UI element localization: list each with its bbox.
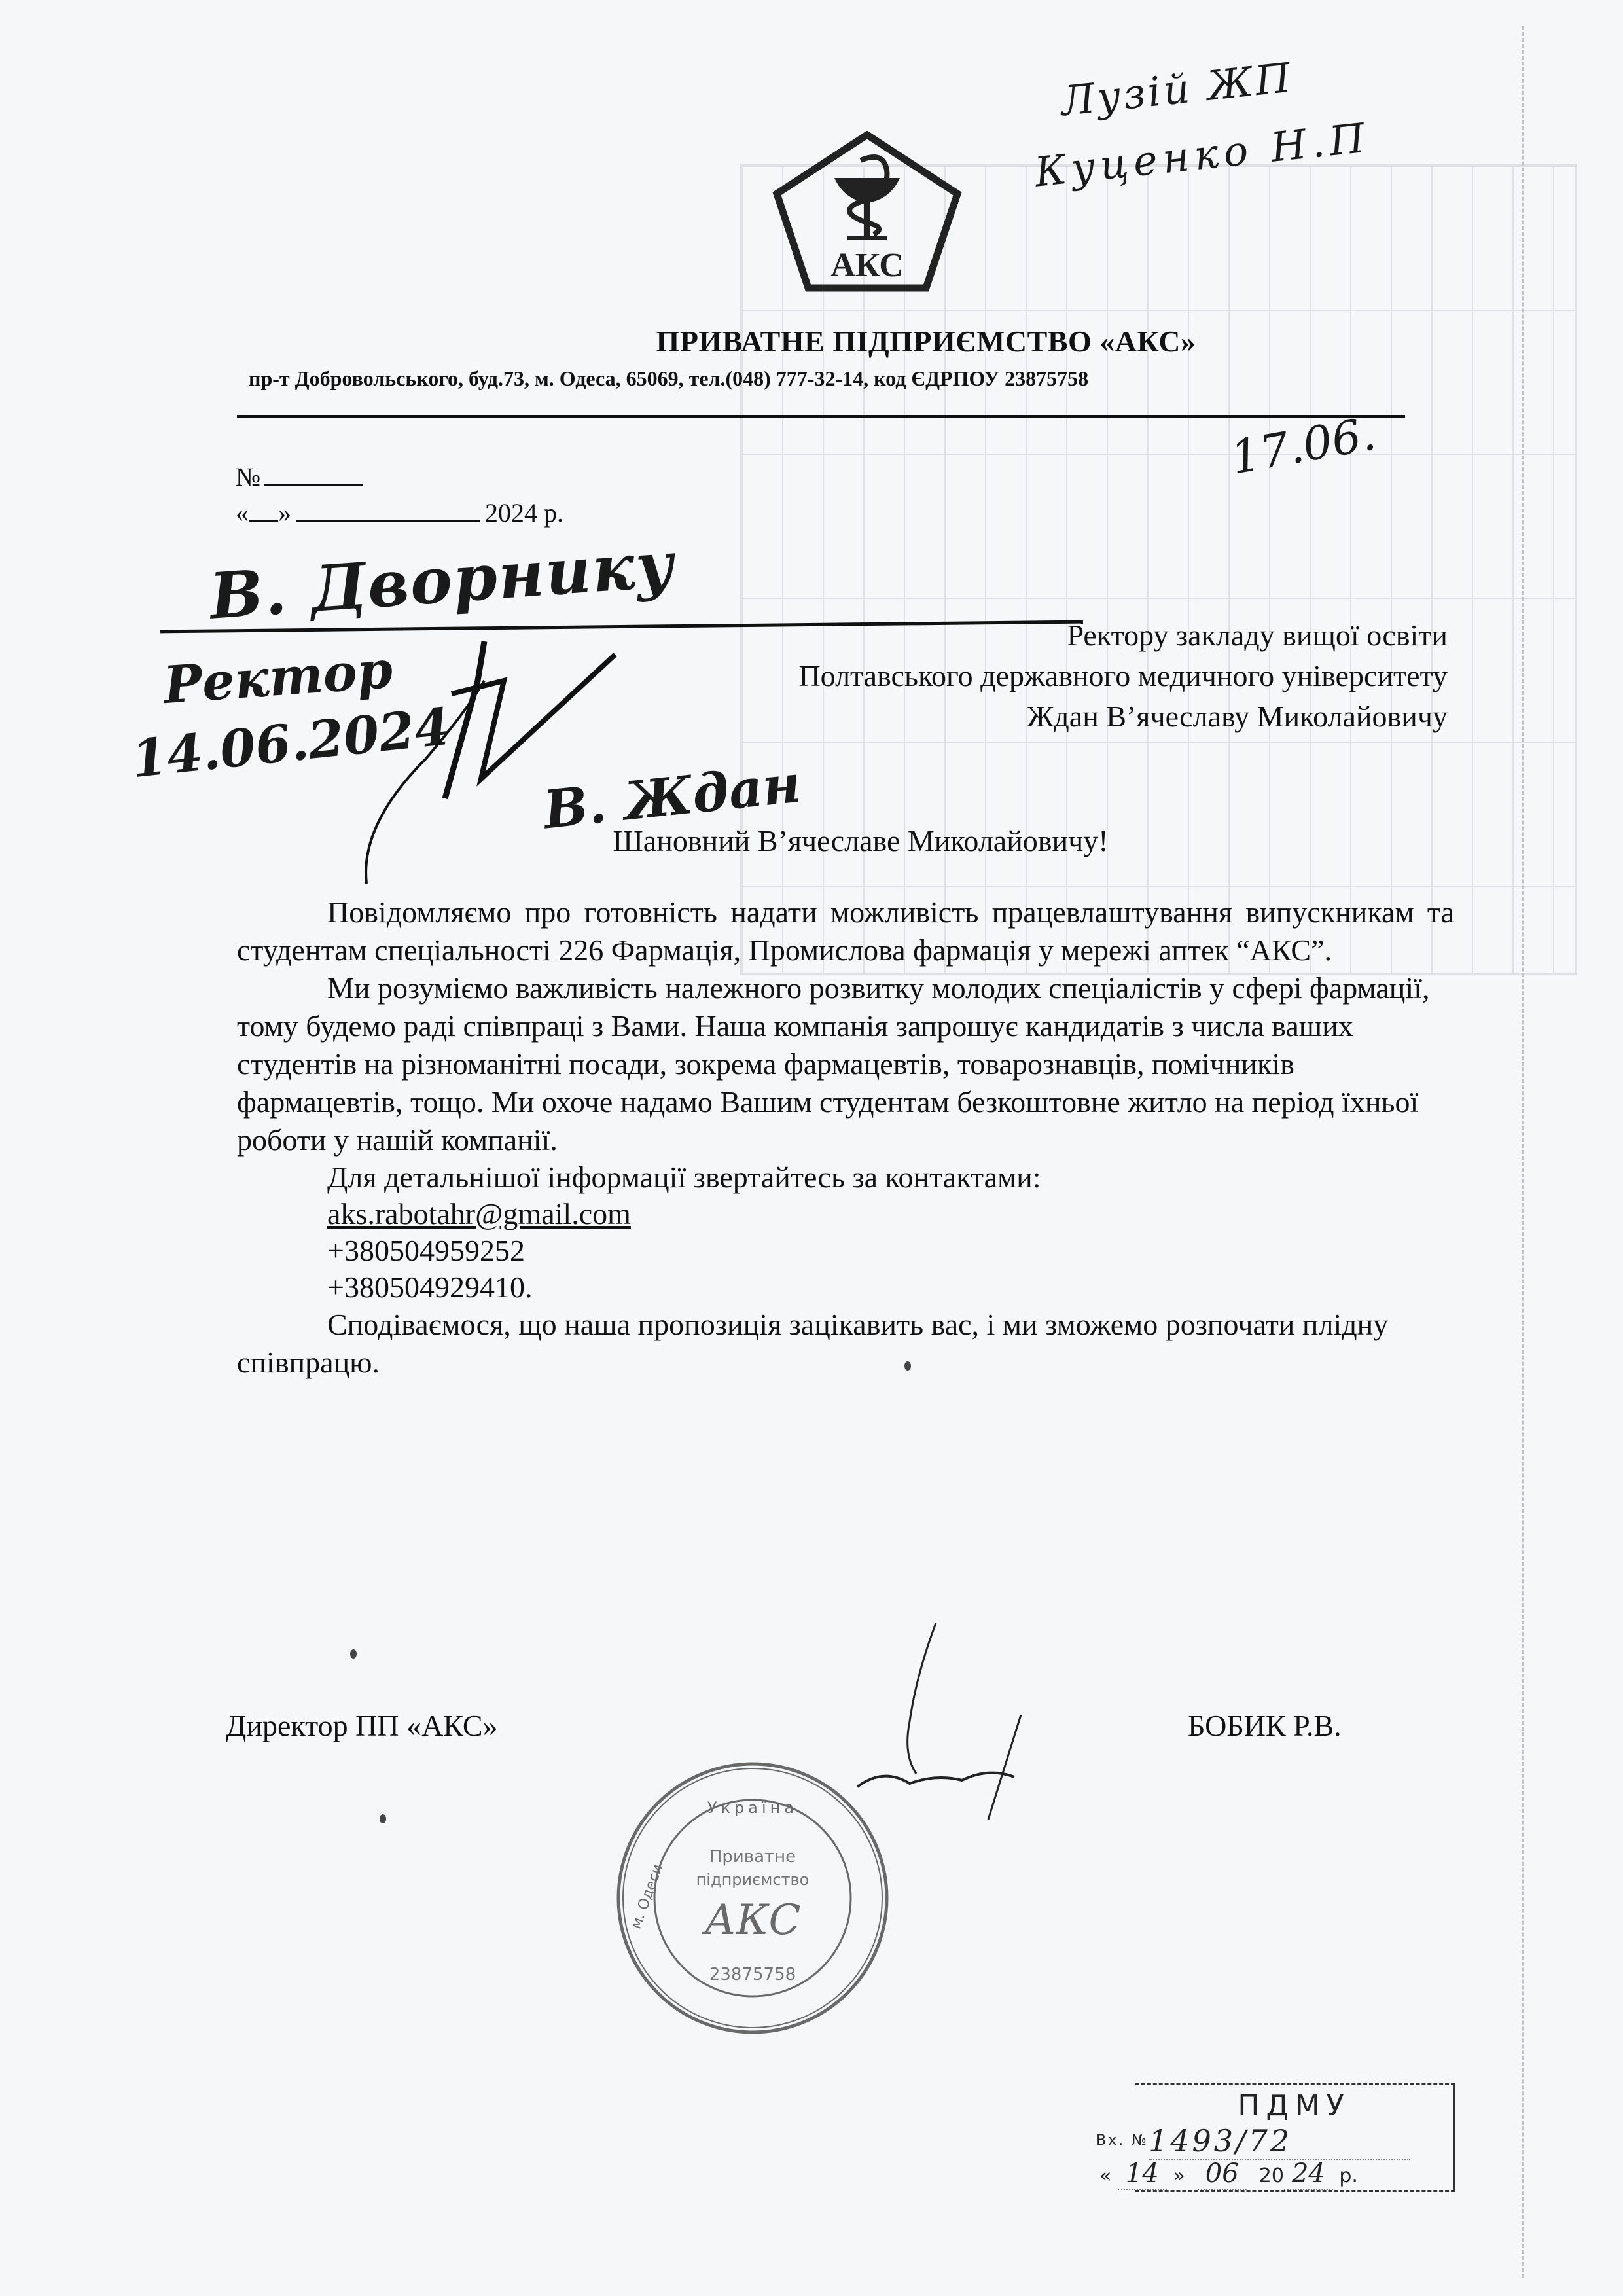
company-seal: Україна м. Одеси Приватне підприємство А… xyxy=(612,1757,893,2039)
handwritten-note-top-1: Лузій ЖП xyxy=(1058,54,1295,126)
year-text: 2024 р. xyxy=(485,498,563,528)
svg-text:АКС: АКС xyxy=(702,1896,801,1945)
stamp-year-suffix: 24 xyxy=(1284,2159,1333,2190)
addressee-line-2: Полтавського державного медичного універ… xyxy=(798,656,1448,696)
handwritten-received-date: 17.06. xyxy=(1227,406,1380,484)
signatory-role: Директор ПП «АКС» xyxy=(226,1708,498,1743)
email-link[interactable]: aks.rabotahr@gmail.com xyxy=(327,1197,631,1230)
outgoing-date: «»2024 р. xyxy=(236,497,563,528)
svg-text:м. Одеси: м. Одеси xyxy=(628,1862,667,1931)
letter-body: Повідомляємо про готовність надати можли… xyxy=(237,893,1454,1382)
contacts-intro: Для детальнішої інформації звертайтесь з… xyxy=(327,1159,1454,1196)
date-quote-close: » xyxy=(278,498,291,528)
scan-speck xyxy=(380,1814,386,1823)
date-quote-open: « xyxy=(236,498,249,528)
handwritten-note-top-2: Куценко Н.П xyxy=(1033,113,1372,196)
scan-speck xyxy=(904,1361,911,1371)
svg-text:23875758: 23875758 xyxy=(709,1965,796,1984)
stamp-year-unit: р. xyxy=(1339,2164,1358,2187)
svg-text:підприємство: підприємство xyxy=(696,1871,810,1889)
closing-paragraph: Сподіваємося, що наша пропозиція зацікав… xyxy=(237,1306,1454,1382)
stamp-number-label: Вх. № xyxy=(1096,2132,1149,2149)
stamp-institution: ПДМУ xyxy=(1135,2089,1453,2123)
day-blank xyxy=(249,520,278,522)
aks-logo-icon: АКС xyxy=(769,131,965,295)
svg-text:Приватне: Приватне xyxy=(709,1847,796,1867)
addressee-line-3: Ждан В’ячеславу Миколайовичу xyxy=(798,696,1448,737)
number-label: № xyxy=(236,462,260,492)
stamp-number: 1493/72 xyxy=(1149,2123,1410,2160)
page-edge-line xyxy=(1522,26,1524,2278)
incoming-registration-stamp: ПДМУ Вх. № 1493/72 « 14 » 06 2024 р. xyxy=(1135,2083,1455,2192)
scan-speck xyxy=(350,1649,357,1659)
body-paragraph-2: Ми розуміємо важливість належного розвит… xyxy=(237,969,1454,1159)
header-divider xyxy=(237,415,1405,418)
addressee-block: Ректору закладу вищої освіти Полтавськог… xyxy=(798,615,1448,737)
month-blank xyxy=(296,520,480,522)
addressee-line-1: Ректору закладу вищої освіти xyxy=(798,615,1448,656)
stamp-day: 14 xyxy=(1118,2159,1167,2190)
svg-text:АКС: АКС xyxy=(830,247,904,284)
contacts-block: Для детальнішої інформації звертайтесь з… xyxy=(237,1159,1454,1306)
letter-page: Лузій ЖП Куценко Н.П АКС ПРИВАТНЕ ПІДПРИ… xyxy=(0,0,1623,2296)
outgoing-number: № xyxy=(236,461,363,492)
phone-2: +380504929410. xyxy=(327,1269,1454,1306)
svg-text:Україна: Україна xyxy=(707,1799,798,1817)
stamp-date: « 14 » 06 2024 р. xyxy=(1099,2159,1358,2189)
organization-name: ПРИВАТНЕ ПІДПРИЄМСТВО «АКС» xyxy=(0,324,1623,359)
signatory-name: БОБИК Р.В. xyxy=(1188,1708,1342,1743)
stamp-month: 06 xyxy=(1198,2159,1247,2190)
phone-1: +380504959252 xyxy=(327,1232,1454,1269)
resolution-addressee: В. Дворнику xyxy=(207,527,677,633)
salutation: Шановний В’ячеславе Миколайовичу! xyxy=(0,823,1623,858)
stamp-year-prefix: 20 xyxy=(1259,2164,1284,2187)
organization-address: пр-т Добровольського, буд.73, м. Одеса, … xyxy=(249,367,1088,391)
body-paragraph-1: Повідомляємо про готовність надати можли… xyxy=(237,893,1454,969)
number-blank xyxy=(264,484,363,486)
